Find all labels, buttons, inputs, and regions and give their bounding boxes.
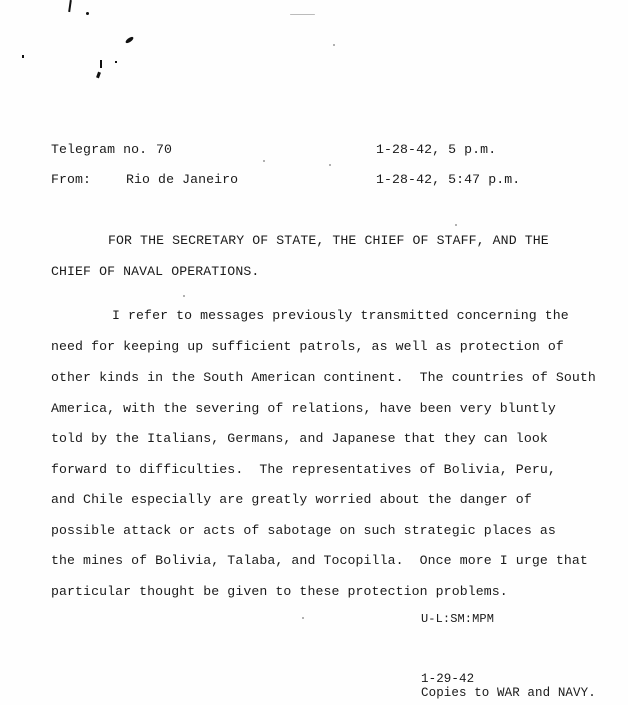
ink-mark xyxy=(115,61,117,63)
body-line: need for keeping up sufficient patrols, … xyxy=(51,339,564,355)
speck xyxy=(183,295,185,297)
received-datetime: 1-28-42, 5:47 p.m. xyxy=(376,172,520,188)
from-label: From: xyxy=(51,172,91,188)
body-line: and Chile especially are greatly worried… xyxy=(51,492,532,508)
ink-mark xyxy=(100,60,102,68)
addressee-line-1: FOR THE SECRETARY OF STATE, THE CHIEF OF… xyxy=(108,233,549,249)
body-line: America, with the severing of relations,… xyxy=(51,401,556,417)
telegram-page: Telegram no. 70 1-28-42, 5 p.m. From: Ri… xyxy=(0,0,628,705)
copies-note: Copies to WAR and NAVY. xyxy=(421,685,596,701)
addressee-line-2: CHIEF OF NAVAL OPERATIONS. xyxy=(51,264,259,280)
ink-mark xyxy=(68,0,72,12)
telegram-number: 70 xyxy=(156,142,172,158)
speck xyxy=(329,164,331,166)
body-line: forward to difficulties. The representat… xyxy=(51,462,556,478)
body-line: told by the Italians, Germans, and Japan… xyxy=(51,431,548,447)
body-line: I refer to messages previously transmitt… xyxy=(112,308,569,324)
ink-mark xyxy=(22,55,24,58)
sent-datetime: 1-28-42, 5 p.m. xyxy=(376,142,496,158)
speck xyxy=(455,224,457,226)
speck xyxy=(263,160,265,162)
speck xyxy=(302,617,304,619)
ink-mark xyxy=(86,12,89,15)
speck xyxy=(290,14,315,15)
ink-mark xyxy=(96,72,101,79)
body-line: other kinds in the South American contin… xyxy=(51,370,596,386)
body-line: the mines of Bolivia, Talaba, and Tocopi… xyxy=(51,553,588,569)
ink-mark xyxy=(125,36,135,44)
from-place: Rio de Janeiro xyxy=(126,172,238,188)
telegram-label: Telegram no. xyxy=(51,142,147,158)
body-line: possible attack or acts of sabotage on s… xyxy=(51,523,556,539)
reference-code: U-L:SM:MPM xyxy=(421,611,494,627)
speck xyxy=(333,44,335,46)
body-line: particular thought be given to these pro… xyxy=(51,584,508,600)
